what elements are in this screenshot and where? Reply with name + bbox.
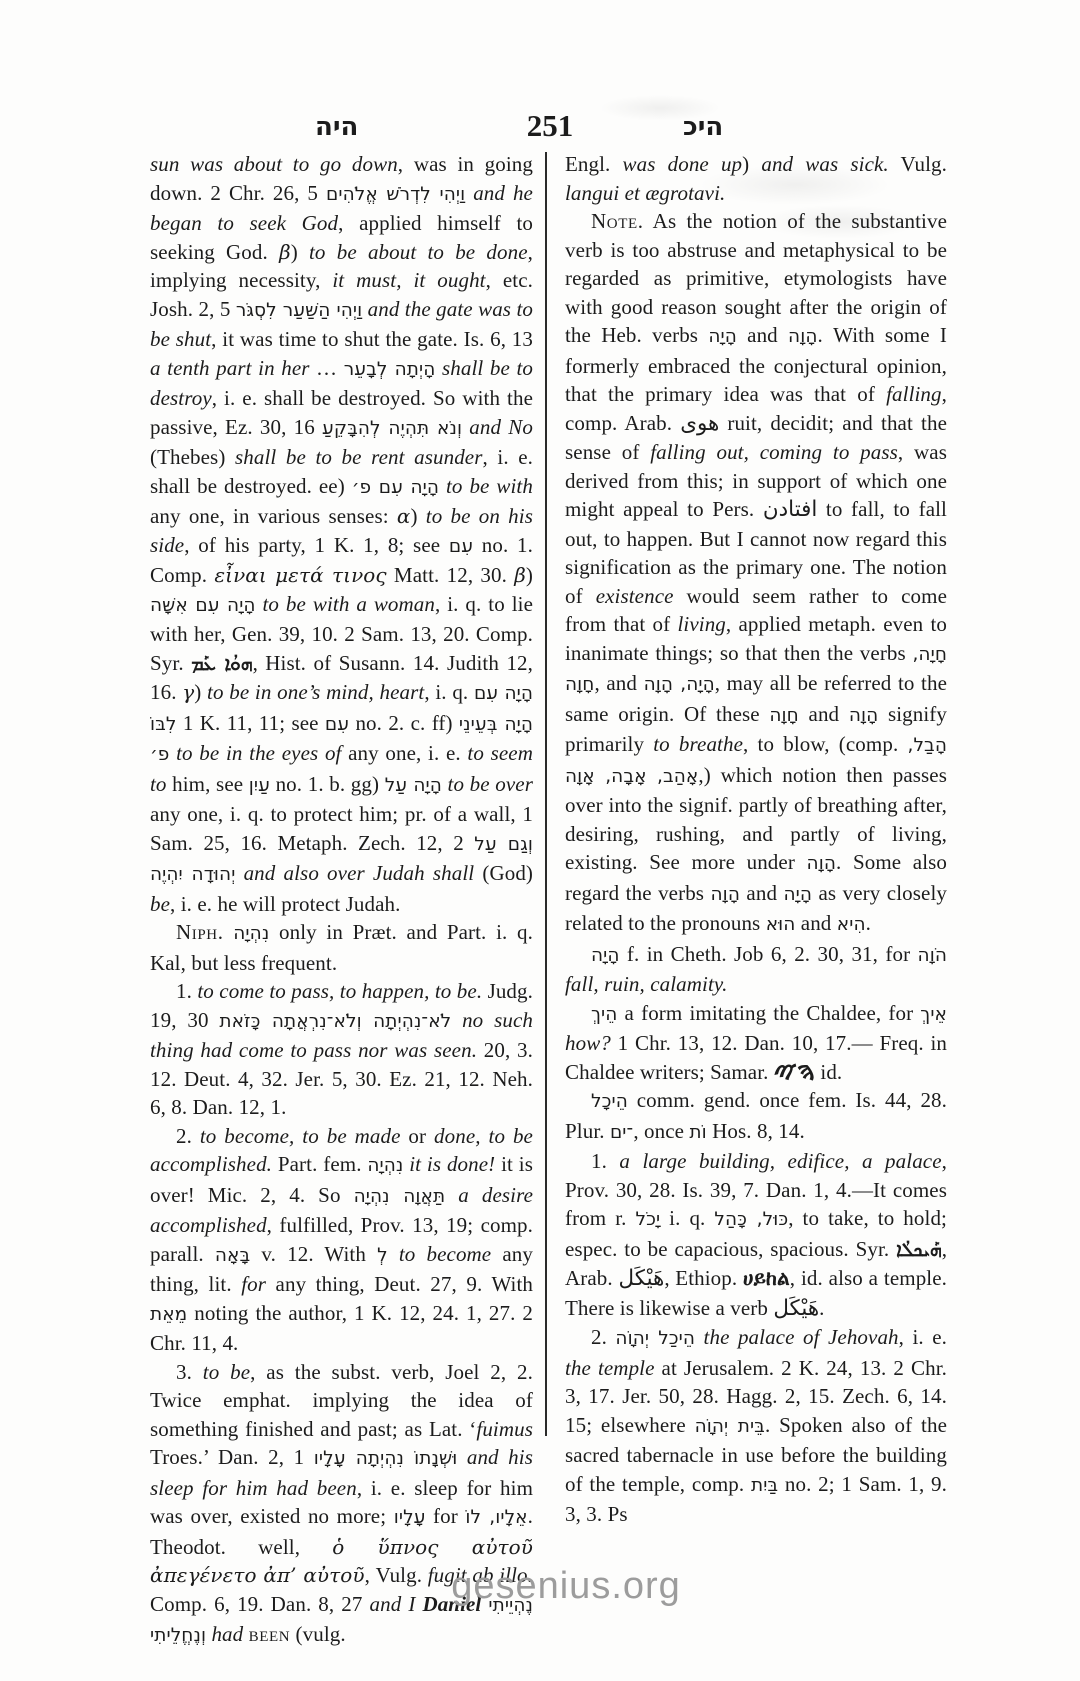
text-run-i: fall, ruin, calamity. — [565, 972, 728, 996]
text-run-sy: ܗܘܳܐ ܥܰܡ — [191, 653, 252, 675]
text-run-he: לֹא־נִהְיְתָה וְלֹא־נִרְאֲתָה כָּזֹאת — [219, 1011, 451, 1032]
text-run-sc: been — [249, 1622, 291, 1646]
text-run-sc: Note. — [591, 209, 644, 233]
text-run-r: (Thebes) — [150, 445, 235, 469]
text-run-i: falling out, coming to pass — [650, 440, 898, 464]
text-run-r: Troes.’ Dan. 2, 1 — [150, 1445, 314, 1469]
watermark: gesenius.org — [0, 1565, 1080, 1608]
text-run-i: the palace of Jehovah — [704, 1325, 899, 1349]
text-run-he: לְ — [377, 1245, 388, 1266]
text-run-i: and also over Judah shall — [244, 861, 475, 885]
text-run-i: sun was about to go down — [150, 152, 398, 176]
text-run-i: fuimus — [476, 1417, 533, 1441]
running-head-hebrew-left: היה — [315, 110, 358, 144]
text-run-i: a large building, edifice, a palace — [619, 1149, 941, 1173]
paragraph: הֵיכָל comm. gend. once fem. Is. 44, 28.… — [565, 1086, 947, 1147]
text-run-i: and was sick. — [761, 152, 888, 176]
text-run-r: Engl. — [565, 152, 623, 176]
text-run-r: for — [426, 1504, 466, 1528]
text-run-i: to be in the eyes of — [176, 741, 341, 765]
text-run-he: כּוּל, כָּהַל — [714, 1209, 788, 1230]
text-run-r: and — [799, 702, 849, 726]
text-run-r: , i. e. he will protect Judah. — [170, 892, 400, 916]
text-run-r: , of his party, 1 K. 1, 8; see — [184, 533, 449, 557]
text-run-he: וְנֹא תִּהְיֶה לְהִבָּקֵעַ — [322, 418, 462, 439]
text-run-he: אֵלָיו, לוֹ — [465, 1507, 527, 1528]
text-run-r — [457, 1445, 467, 1469]
text-run-r — [224, 920, 234, 944]
text-run-r: (vulg. — [290, 1622, 346, 1646]
text-run-r: ) — [410, 504, 425, 528]
text-run-he: הָיָה עִם פ׳ — [352, 477, 439, 498]
text-run-i: falling — [886, 382, 942, 406]
text-run-i: to be with a woman — [263, 592, 436, 616]
text-run-he: בֵּית יְהוָֹה — [695, 1416, 765, 1437]
text-run-r — [465, 181, 473, 205]
text-run-he: חָוָה — [769, 705, 798, 726]
text-run-he: הָיָה — [591, 945, 620, 966]
text-run-i: to be with — [446, 474, 533, 498]
text-run-r: id. — [815, 1060, 842, 1084]
paragraph: הֵיךְ a form imitating the Chaldee, for … — [565, 999, 947, 1087]
text-run-i: to be over — [448, 772, 533, 796]
text-run-sm: ࠄࠉ — [774, 1060, 815, 1084]
text-run-he: הָוָה — [711, 884, 740, 905]
text-run-he: הֵיךְ — [591, 1004, 617, 1025]
text-run-i: to become, to be made — [200, 1124, 401, 1148]
text-run-he: הָוָה — [788, 326, 817, 347]
left-text-column: sun was about to go down, was in going d… — [150, 150, 533, 1651]
text-run-r: 1 K. 11, 11; see — [177, 711, 325, 735]
page-number: 251 — [510, 108, 590, 144]
text-run-i: to come to pass, to happen, to be. — [197, 979, 482, 1003]
text-run-et: ሀይከል — [743, 1266, 790, 1290]
text-run-r — [388, 1242, 399, 1266]
text-run-r: ) — [526, 563, 533, 587]
text-run-r — [439, 474, 446, 498]
text-run-he: וַיְהִי הַשַּׁעַר לִסְגֹּר — [236, 300, 362, 321]
text-run-he: הֵיכַל יְהוָֹה — [615, 1328, 695, 1349]
running-head-hebrew-right: היכ — [683, 110, 723, 144]
column-divider-rule — [545, 152, 547, 1436]
text-run-ar: افتادن — [763, 497, 817, 522]
text-run-he: אֵיךְ — [920, 1004, 947, 1025]
text-run-i: was done up — [623, 152, 743, 176]
text-run-i: to become — [399, 1242, 491, 1266]
text-run-he: בַּיִת — [751, 1475, 778, 1496]
text-run-he: הוּא — [766, 914, 796, 935]
paragraph: 2. to become, to be made or done, to be … — [150, 1122, 533, 1358]
text-run-r: 2. — [591, 1325, 615, 1349]
text-run-r: (God) — [474, 861, 533, 885]
text-run-ar: هَيْكَل — [773, 1296, 819, 1321]
text-run-i: had — [211, 1622, 248, 1646]
text-run-r: , Ethiop. — [664, 1266, 743, 1290]
text-run-he: ־ים — [610, 1122, 633, 1143]
text-run-he: הָיָה, הָוָה — [644, 674, 715, 695]
text-run-r: Matt. 12, 30. — [387, 563, 515, 587]
text-run-i: it is done! — [409, 1152, 495, 1176]
text-run-he: עִם — [449, 536, 473, 557]
text-run-gr: β — [514, 563, 526, 587]
text-run-r: Part. fem. — [272, 1152, 367, 1176]
text-run-i: how? — [565, 1031, 611, 1055]
paragraph: sun was about to go down, was in going d… — [150, 150, 533, 918]
text-run-he: עִם — [325, 714, 349, 735]
text-run-he: הָיָה — [708, 326, 737, 347]
text-run-r: v. 12. With — [250, 1242, 377, 1266]
text-run-r: … — [310, 356, 344, 380]
text-run-gr: εἶναι μετά τινος — [214, 563, 386, 587]
text-run-r: ) — [742, 152, 761, 176]
text-run-r: no. 1. b. gg) — [270, 772, 385, 796]
text-run-he: נִהְיָה — [367, 1155, 403, 1176]
text-run-r: noting the author, 1 K. 12, 24. 1, 27. 2… — [150, 1301, 533, 1356]
text-run-i: langui et ægrotavi. — [565, 181, 725, 205]
text-run-r: 1. — [591, 1149, 619, 1173]
text-run-r: any thing, Deut. 27, 9. With — [266, 1272, 533, 1296]
text-run-r: ) — [291, 240, 309, 264]
text-run-r: , i. e. — [899, 1325, 947, 1349]
paragraph: 1. a large building, edifice, a palace, … — [565, 1147, 947, 1323]
right-text-column: Engl. was done up) and was sick. Vulg. l… — [565, 150, 947, 1529]
text-run-r: . — [866, 911, 871, 935]
text-run-r: 2. — [176, 1124, 200, 1148]
text-run-r: and — [795, 911, 836, 935]
text-run-he: מֵאֵת — [150, 1304, 187, 1325]
text-run-sy: ܗܰܝܟܠܳܐ — [896, 1239, 942, 1261]
text-run-i: to breathe — [653, 732, 743, 756]
text-run-r: ) — [194, 680, 207, 704]
text-run-he: עָלָיו — [394, 1507, 426, 1528]
text-run-he: הָוָה — [849, 705, 878, 726]
paragraph: 1. to come to pass, to happen, to be. Ju… — [150, 977, 533, 1122]
text-run-he: בָּאָה — [215, 1245, 250, 1266]
text-run-gr: β — [279, 240, 291, 264]
paragraph: Note. As the notion of the substantive v… — [565, 207, 947, 940]
text-run-r: Vulg. — [889, 152, 947, 176]
text-run-he: הִיא — [837, 914, 866, 935]
text-run-r — [451, 1008, 462, 1032]
paragraph: Niph. נִהְיָה only in Præt. and Part. i.… — [150, 918, 533, 977]
page-header: היה 251 היכ — [0, 110, 1080, 152]
text-run-i: existence — [596, 584, 674, 608]
text-run-he: תַּאֲוָה נִהְיָה — [354, 1186, 446, 1207]
text-run-i: living — [677, 612, 725, 636]
text-run-r: 1 Chr. 13, 12. Dan. 10, 17.— Freq. in Ch… — [565, 1031, 947, 1084]
text-run-i: it must, it ought — [332, 268, 485, 292]
text-run-r: any one, in various senses: — [150, 504, 397, 528]
text-run-r: . — [819, 1296, 824, 1320]
text-run-r: Hos. 8, 14. — [707, 1119, 805, 1143]
text-run-i: and No — [469, 415, 533, 439]
text-run-r: , i. q. — [424, 680, 474, 704]
text-run-sc: Niph. — [176, 920, 224, 944]
text-run-he: הָיָה עִם אִשָּׁה — [150, 595, 256, 616]
text-run-r: , to blow, (comp. — [743, 732, 907, 756]
text-run-gr: γ — [182, 680, 194, 704]
text-run-i: to be in one’s mind, heart — [207, 680, 424, 704]
text-run-he: הָיְתָה לְבָעֵר — [344, 359, 436, 380]
text-run-r — [445, 1183, 458, 1207]
paragraph: 2. הֵיכַל יְהוָֹה the palace of Jehovah,… — [565, 1323, 947, 1529]
text-run-r — [256, 592, 263, 616]
text-run-r: f. in Cheth. Job 6, 2. 30, 31, for — [620, 942, 918, 966]
text-run-r: i. q. — [660, 1206, 714, 1230]
text-run-he: עַיִן — [249, 775, 270, 796]
text-run-he: יָכֹל — [635, 1209, 660, 1230]
text-run-he: הָיָה עַל — [385, 775, 442, 796]
paragraph: Engl. was done up) and was sick. Vulg. l… — [565, 150, 947, 207]
text-run-r: , and — [594, 671, 643, 695]
text-run-he: הָיָה — [784, 884, 813, 905]
text-run-i: shall be to be rent asunder — [235, 445, 483, 469]
scanned-dictionary-page: היה 251 היכ sun was about to go down, wa… — [0, 0, 1080, 1681]
text-run-i: for — [241, 1272, 266, 1296]
text-run-r: no. 2. c. ff) — [349, 711, 459, 735]
text-run-r — [235, 861, 243, 885]
text-run-r: 3. — [176, 1360, 203, 1384]
text-run-i: to be about to be done — [309, 240, 528, 264]
text-run-i: be — [150, 892, 170, 916]
text-run-he: וֹת — [689, 1122, 706, 1143]
text-run-he: הֵיכָל — [591, 1091, 628, 1112]
text-run-r: a form imitating the Chaldee, for — [617, 1001, 920, 1025]
text-run-ar: هوى — [680, 411, 719, 436]
paragraph: הָיָה f. in Cheth. Job 6, 2. 30, 31, for… — [565, 940, 947, 999]
text-run-r: 1. — [176, 979, 197, 1003]
text-run-r: , once — [633, 1119, 689, 1143]
text-run-i: the temple — [565, 1356, 655, 1380]
text-run-r: him, see — [167, 772, 249, 796]
text-run-he: הֹוָה — [918, 945, 947, 966]
text-run-he: נִהְיָה — [233, 923, 269, 944]
text-run-he: וּשְׁנָתוֹ נִהְיְתָה עָלָיו — [314, 1448, 458, 1469]
text-run-ar: هَيْكَل — [619, 1266, 665, 1291]
text-run-r: any one, i. e. — [341, 741, 467, 765]
text-run-r: or — [401, 1124, 435, 1148]
text-run-r — [695, 1325, 703, 1349]
text-run-he: וַיְהִי לִדְרֹשׁ אֱלֹהִים — [326, 184, 465, 205]
text-run-r: and — [740, 881, 784, 905]
text-run-r: , it was time to shut the gate. Is. 6, 1… — [211, 327, 533, 351]
text-run-i: to be — [203, 1360, 250, 1384]
text-run-r: and — [737, 323, 788, 347]
text-run-i: a tenth part in her — [150, 356, 310, 380]
text-run-gr: α — [397, 504, 411, 528]
text-run-he: הָוָה — [807, 853, 836, 874]
